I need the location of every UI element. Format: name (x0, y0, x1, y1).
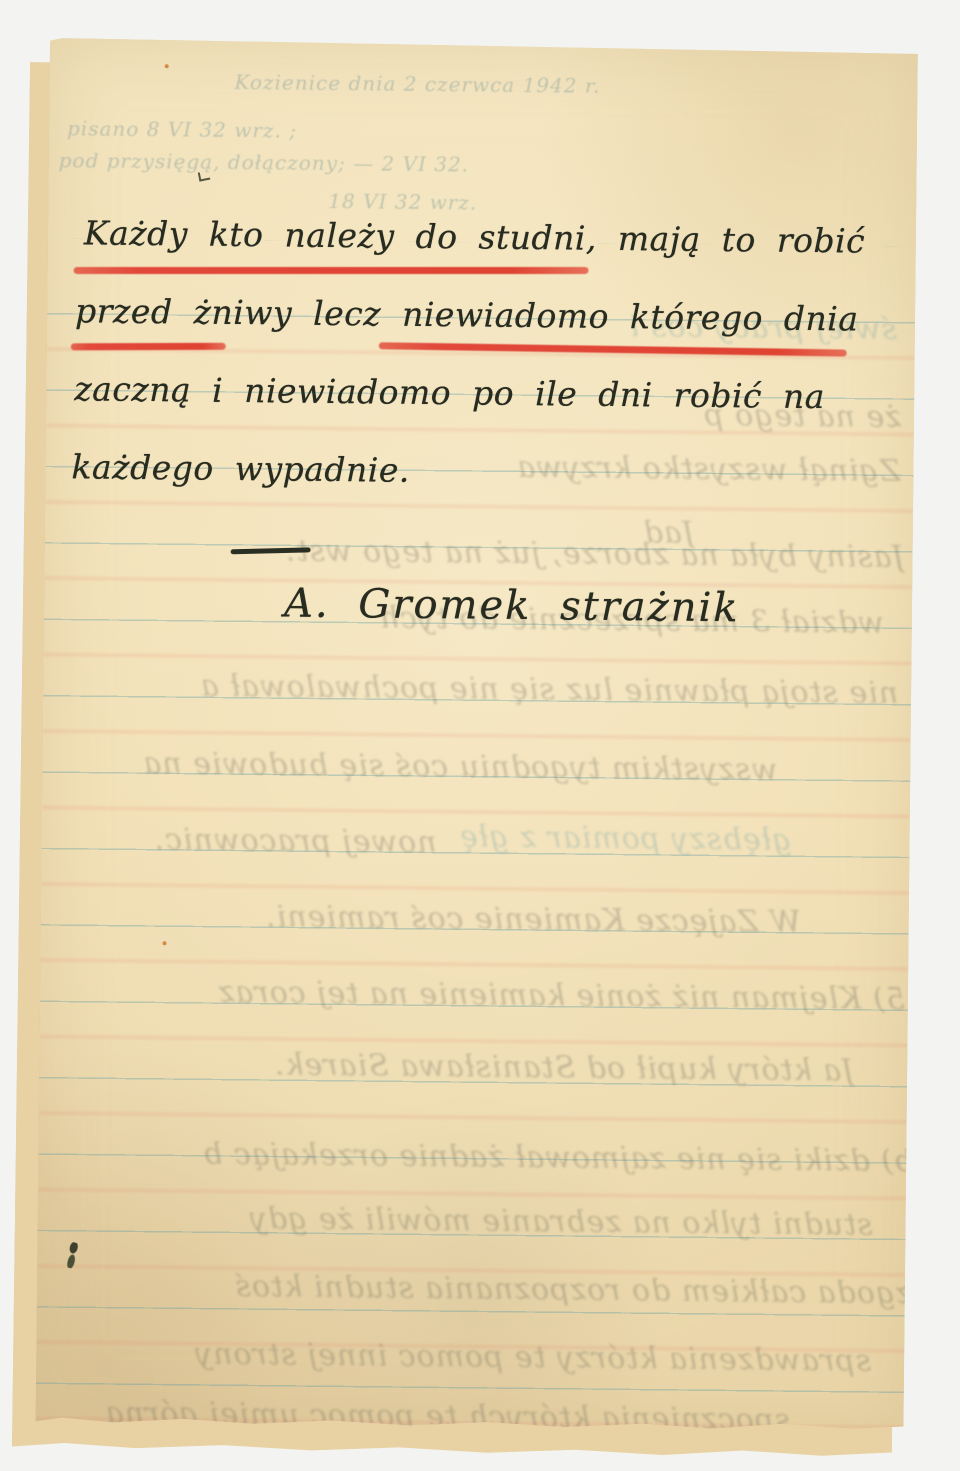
body-line-4: każdego wypadnie. (71, 447, 410, 491)
pencil-note: pod przysięgą, dołączony; — 2 VI 32. (59, 148, 470, 176)
bleedthrough-line: Jad (605, 514, 695, 555)
body-line-3: zaczną i niewiadomo po ile dni robić na (74, 369, 825, 417)
bleedthrough-line: wszystkim tygodniu coś się budowie na (67, 744, 777, 791)
red-underline (74, 267, 589, 274)
bleedthrough-line: nie stoją pławnie luz się nie pochwalowa… (68, 666, 898, 715)
rust-speck (163, 941, 167, 945)
bleedthrough-line: 5) Klejman niż żonie kamienie na tej cor… (65, 972, 905, 1021)
scanned-letter-page: świej pracy coś i że na tego p Zginął ws… (0, 0, 960, 1471)
bleedthrough-line: Ja który kupił od Stanisława Siarek. (54, 1044, 854, 1092)
bleedthrough-line: Zginął wszystko krzywa b (515, 449, 900, 493)
red-underline (379, 342, 847, 356)
rust-speck (165, 64, 169, 68)
ink-blot (64, 1241, 80, 1269)
bleedthrough-line: b) dziki się nie zajmował żadnie orzekaj… (53, 1134, 913, 1183)
bleedthrough-line: Jasiny była na zborze, już na tego wst. (214, 532, 904, 579)
divider-dash (231, 547, 311, 554)
bleedthrough-line: zgoda całkiem do rozpoznania studni ktoś (52, 1266, 912, 1315)
pencil-note-date: Kozienice dnia 2 czerwca 1942 r. (234, 70, 600, 98)
bleedthrough-line: nowej pracownic. (66, 820, 436, 864)
ink-tick-mark (198, 171, 211, 182)
signature: A. Gromek strażnik (284, 580, 740, 631)
pencil-note: pisano 8 VI 32 wrz. ; (67, 116, 297, 142)
bleedthrough-line: sprawdzenia którzy te pomoc innej strony (51, 1334, 871, 1383)
bleedthrough-line: W Zajęcze Kamienie coś ramieni. (101, 897, 801, 944)
bleedthrough-line: studni tylko na zebranie mówili że gdy (52, 1198, 872, 1247)
red-underline (71, 343, 226, 351)
body-line-1: Każdy kto należy do studni, mają to robi… (84, 213, 866, 261)
letter-sheet: świej pracy coś i że na tego p Zginął ws… (35, 38, 917, 1432)
ruled-lines (35, 238, 915, 1432)
pencil-note: 18 VI 32 wrz. (328, 189, 477, 215)
bleedthrough-line: głębszy pomiar z głębin (461, 818, 791, 861)
body-line-2: przed żniwy lecz niewiadomo którego dnia (75, 291, 859, 339)
